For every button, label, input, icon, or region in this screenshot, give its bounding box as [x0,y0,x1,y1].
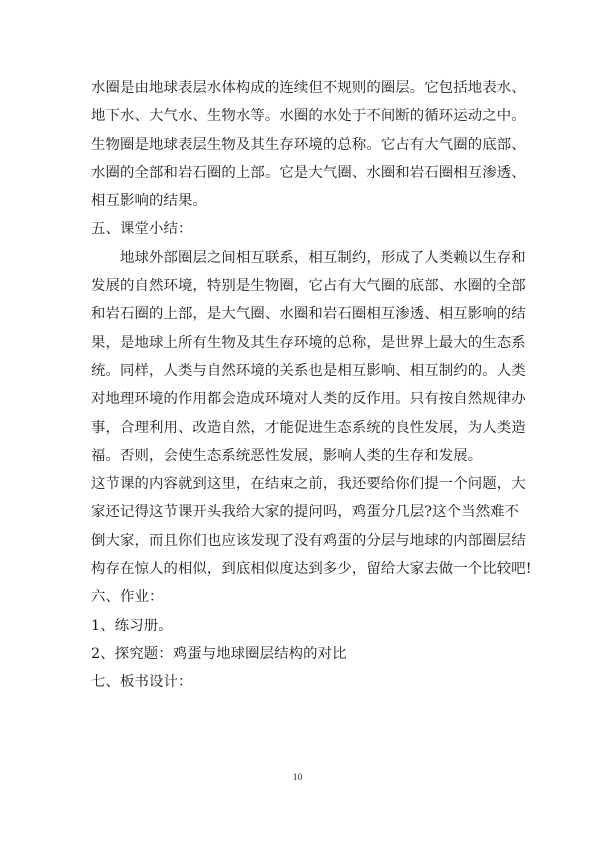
text-line: 地球外部圈层之间相互联系，相互制约，形成了人类赖以生存和 [91,244,509,272]
page-number: 10 [0,773,595,783]
list-item-text: 2、探究题：鸡蛋与地球圈层结构的对比 [91,640,509,668]
text-line: 发展的自然环境，特别是生物圈，它占有大气圈的底部、水圈的全部 [91,272,509,300]
list-item-text: 1、练习册。 [91,612,509,640]
text-line: 这节课的内容就到这里，在结束之前，我还要给你们提一个问题，大 [91,470,509,498]
heading-text: 七、板书设计： [91,668,509,696]
text-line: 构存在惊人的相似，到底相似度达到多少，留给大家去做一个比较吧! [91,555,509,583]
paragraph-closing-question: 这节课的内容就到这里，在结束之前，我还要给你们提一个问题，大 家还记得这节课开头… [91,470,509,583]
heading-text: 六、作业： [91,583,509,611]
text-line: 地下水、大气水、生物水等。水圈的水处于不间断的循环运动之中。 [91,102,509,130]
text-line: 生物圈是地球表层生物及其生存环境的总称。它占有大气圈的底部、 [91,131,509,159]
text-line: 统。同样，人类与自然环境的关系也是相互影响、相互制约的。人类 [91,357,509,385]
text-line: 对地理环境的作用都会造成环境对人类的反作用。只有按自然规律办 [91,385,509,413]
text-line: 倒大家，而且你们也应该发现了没有鸡蛋的分层与地球的内部圈层结 [91,527,509,555]
paragraph-hydrosphere-biosphere: 水圈是由地球表层水体构成的连续但不规则的圈层。它包括地表水、 地下水、大气水、生… [91,74,509,215]
text-line: 水圈是由地球表层水体构成的连续但不规则的圈层。它包括地表水、 [91,74,509,102]
text-line: 水圈的全部和岩石圈的上部。它是大气圈、水圈和岩石圈相互渗透、 [91,159,509,187]
text-line: 和岩石圈的上部，是大气圈、水圈和岩石圈相互渗透、相互影响的结 [91,300,509,328]
text-line: 家还记得这节课开头我给大家的提问吗，鸡蛋分几层?这个当然难不 [91,498,509,526]
text-line: 相互影响的结果。 [91,187,509,215]
heading-text: 五、课堂小结： [91,215,509,243]
homework-item-1: 1、练习册。 [91,612,509,640]
document-page: 水圈是由地球表层水体构成的连续但不规则的圈层。它包括地表水、 地下水、大气水、生… [91,74,509,697]
homework-item-2: 2、探究题：鸡蛋与地球圈层结构的对比 [91,640,509,668]
section-heading-board-design: 七、板书设计： [91,668,509,696]
text-line: 福。否则，会使生态系统恶性发展，影响人类的生存和发展。 [91,442,509,470]
text-line: 果，是地球上所有生物及其生存环境的总称，是世界上最大的生态系 [91,329,509,357]
section-heading-homework: 六、作业： [91,583,509,611]
paragraph-summary: 地球外部圈层之间相互联系，相互制约，形成了人类赖以生存和 发展的自然环境，特别是… [91,244,509,470]
section-heading-summary: 五、课堂小结： [91,215,509,243]
text-line: 事，合理利用、改造自然，才能促进生态系统的良性发展，为人类造 [91,414,509,442]
